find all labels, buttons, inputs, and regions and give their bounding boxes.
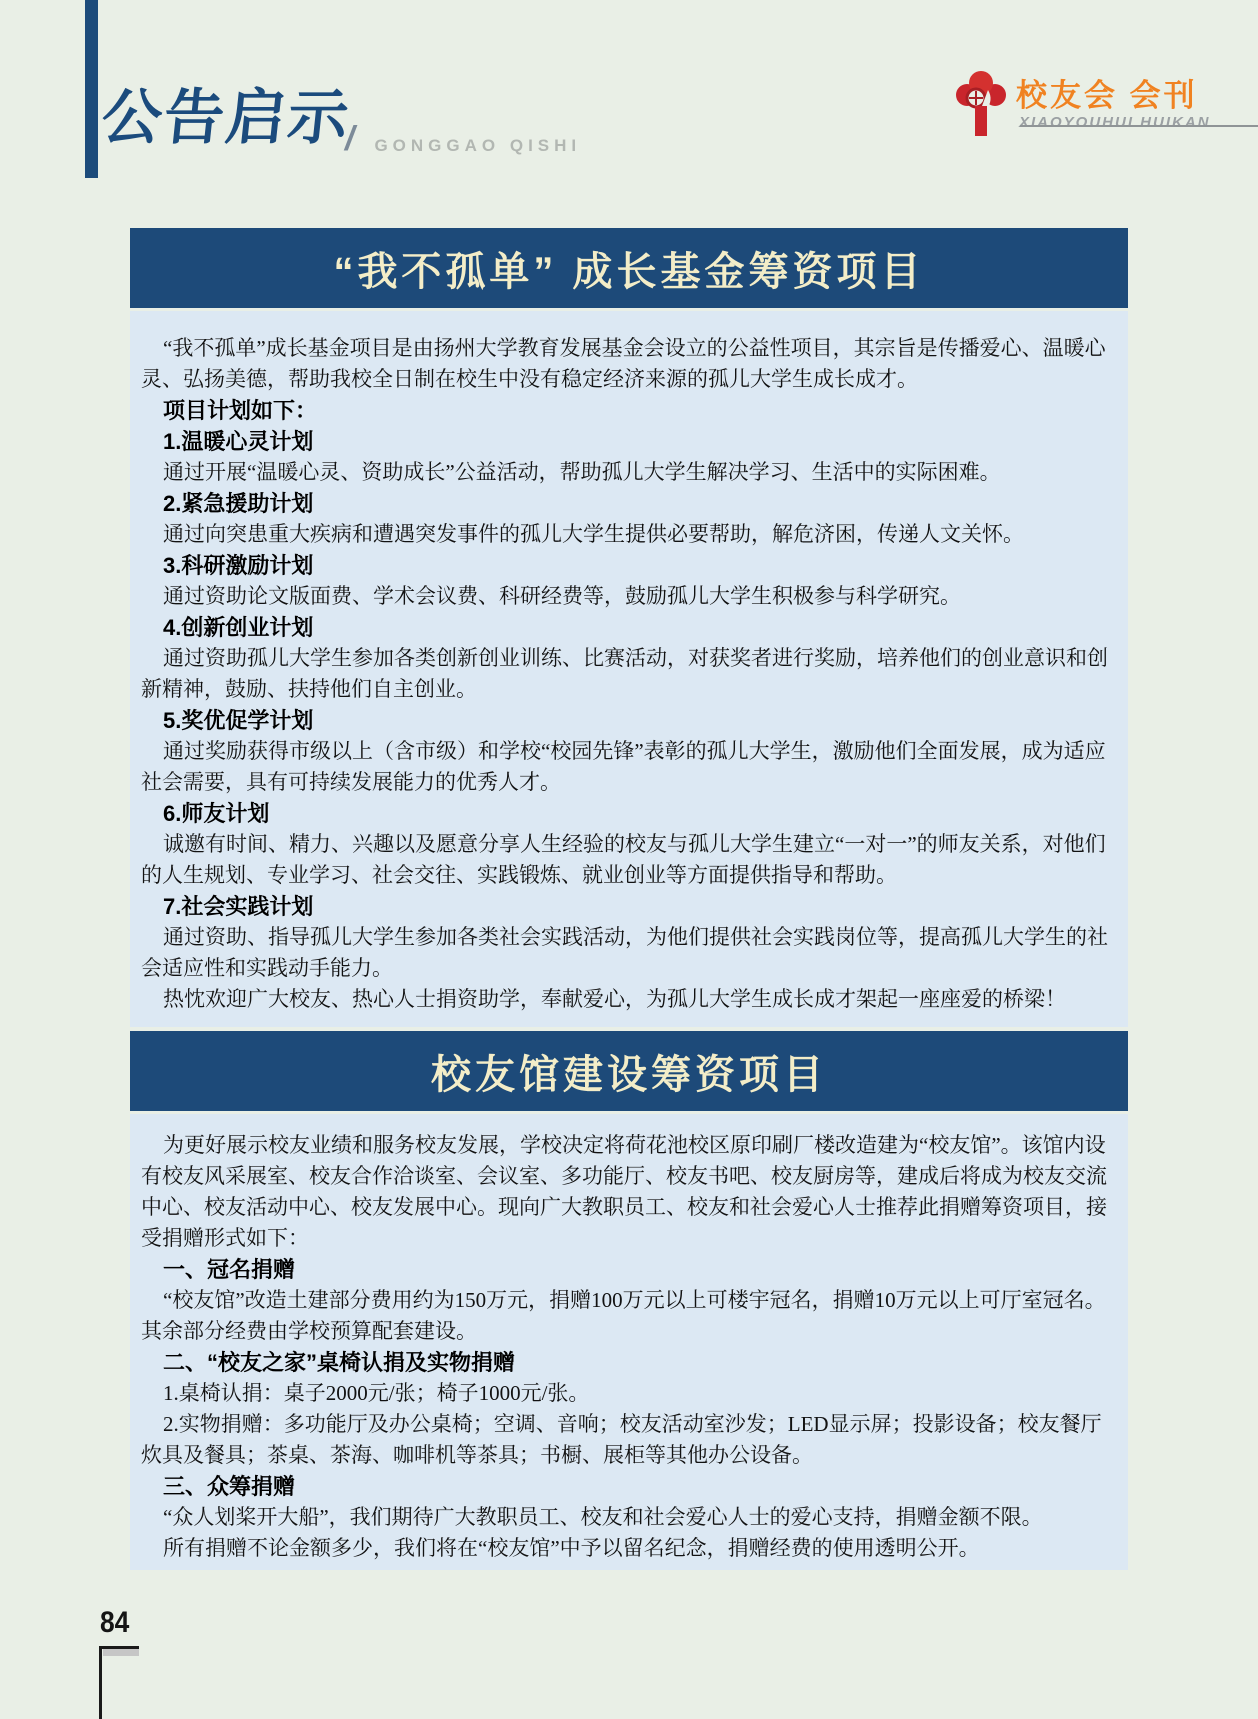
alumni-emblem-icon xyxy=(954,68,1008,147)
subheading: 项目计划如下： xyxy=(141,395,1117,426)
footer-corner-rule-vertical xyxy=(99,1646,102,1719)
section-body-fund: “我不孤单”成长基金项目是由扬州大学教育发展基金会设立的公益性项目，其宗旨是传播… xyxy=(130,311,1128,1027)
subheading: 三、众筹捐赠 xyxy=(141,1471,1117,1502)
section-title-bar-hall: 校友馆建设筹资项目 xyxy=(130,1031,1128,1111)
paragraph: 通过资助论文版面费、学术会议费、科研经费等，鼓励孤儿大学生积极参与科学研究。 xyxy=(141,581,1117,612)
paragraph: 所有捐赠不论金额多少，我们将在“校友馆”中予以留名纪念，捐赠经费的使用透明公开。 xyxy=(141,1533,1117,1564)
subheading: 6.师友计划 xyxy=(141,798,1117,829)
subheading: 二、“校友之家”桌椅认捐及实物捐赠 xyxy=(141,1347,1117,1378)
content-column: “我不孤单” 成长基金筹资项目 “我不孤单”成长基金项目是由扬州大学教育发展基金… xyxy=(130,228,1128,1570)
subheading: 一、冠名捐赠 xyxy=(141,1254,1117,1285)
page-number: 84 xyxy=(100,1606,129,1640)
paragraph: 诚邀有时间、精力、兴趣以及愿意分享人生经验的校友与孤儿大学生建立“一对一”的师友… xyxy=(141,829,1117,891)
paragraph: 2.实物捐赠：多功能厅及办公桌椅；空调、音响；校友活动室沙发；LED显示屏；投影… xyxy=(141,1409,1117,1471)
paragraph: 1.桌椅认捐：桌子2000元/张；椅子1000元/张。 xyxy=(141,1378,1117,1409)
page-title: 公告启示 xyxy=(99,88,353,148)
masthead-rule xyxy=(1020,125,1258,127)
paragraph: 通过开展“温暖心灵、资助成长”公益活动，帮助孤儿大学生解决学习、生活中的实际困难… xyxy=(141,457,1117,488)
subheading: 4.创新创业计划 xyxy=(141,612,1117,643)
subheading: 5.奖优促学计划 xyxy=(141,705,1117,736)
paragraph: 通过资助孤儿大学生参加各类创新创业训练、比赛活动，对获奖者进行奖励，培养他们的创… xyxy=(141,643,1117,705)
journal-brand-pinyin: XIAOYOUHUI HUIKAN xyxy=(1019,114,1211,131)
magazine-page: 公告启示 / GONGGAO QISHI 校友会 会刊 XIAOYOUHUI H… xyxy=(0,0,1258,1719)
paragraph: 热忱欢迎广大校友、热心人士捐资助学，奉献爱心，为孤儿大学生成长成才架起一座座爱的… xyxy=(141,984,1117,1015)
slash-divider: / xyxy=(345,122,354,156)
journal-brand: 校友会 会刊 xyxy=(1016,80,1198,111)
footer-corner-rule-shadow xyxy=(103,1649,139,1656)
paragraph: 通过奖励获得市级以上（含市级）和学校“校园先锋”表彰的孤儿大学生，激励他们全面发… xyxy=(141,736,1117,798)
paragraph: 为更好展示校友业绩和服务校友发展，学校决定将荷花池校区原印刷厂楼改造建为“校友馆… xyxy=(141,1130,1117,1254)
section-title: “我不孤单” 成长基金筹资项目 xyxy=(333,240,924,297)
header-accent-bar xyxy=(85,0,98,178)
page-title-pinyin: GONGGAO QISHI xyxy=(374,136,581,156)
subheading: 1.温暖心灵计划 xyxy=(141,426,1117,457)
masthead: 校友会 会刊 XIAOYOUHUI HUIKAN xyxy=(952,62,1258,132)
subheading: 7.社会实践计划 xyxy=(141,891,1117,922)
section-body-hall: 为更好展示校友业绩和服务校友发展，学校决定将荷花池校区原印刷厂楼改造建为“校友馆… xyxy=(130,1114,1128,1570)
paragraph: “校友馆”改造土建部分费用约为150万元，捐赠100万元以上可楼宇冠名，捐赠10… xyxy=(141,1285,1117,1347)
section-title: 校友馆建设筹资项目 xyxy=(431,1043,827,1100)
subheading: 2.紧急援助计划 xyxy=(141,488,1117,519)
paragraph: “我不孤单”成长基金项目是由扬州大学教育发展基金会设立的公益性项目，其宗旨是传播… xyxy=(141,333,1117,395)
page-title-english-row: / GONGGAO QISHI xyxy=(345,122,581,156)
paragraph: 通过资助、指导孤儿大学生参加各类社会实践活动，为他们提供社会实践岗位等，提高孤儿… xyxy=(141,922,1117,984)
paragraph: “众人划桨开大船”，我们期待广大教职员工、校友和社会爱心人士的爱心支持，捐赠金额… xyxy=(141,1502,1117,1533)
section-title-bar-fund: “我不孤单” 成长基金筹资项目 xyxy=(130,228,1128,308)
paragraph: 通过向突患重大疾病和遭遇突发事件的孤儿大学生提供必要帮助，解危济困，传递人文关怀… xyxy=(141,519,1117,550)
subheading: 3.科研激励计划 xyxy=(141,550,1117,581)
